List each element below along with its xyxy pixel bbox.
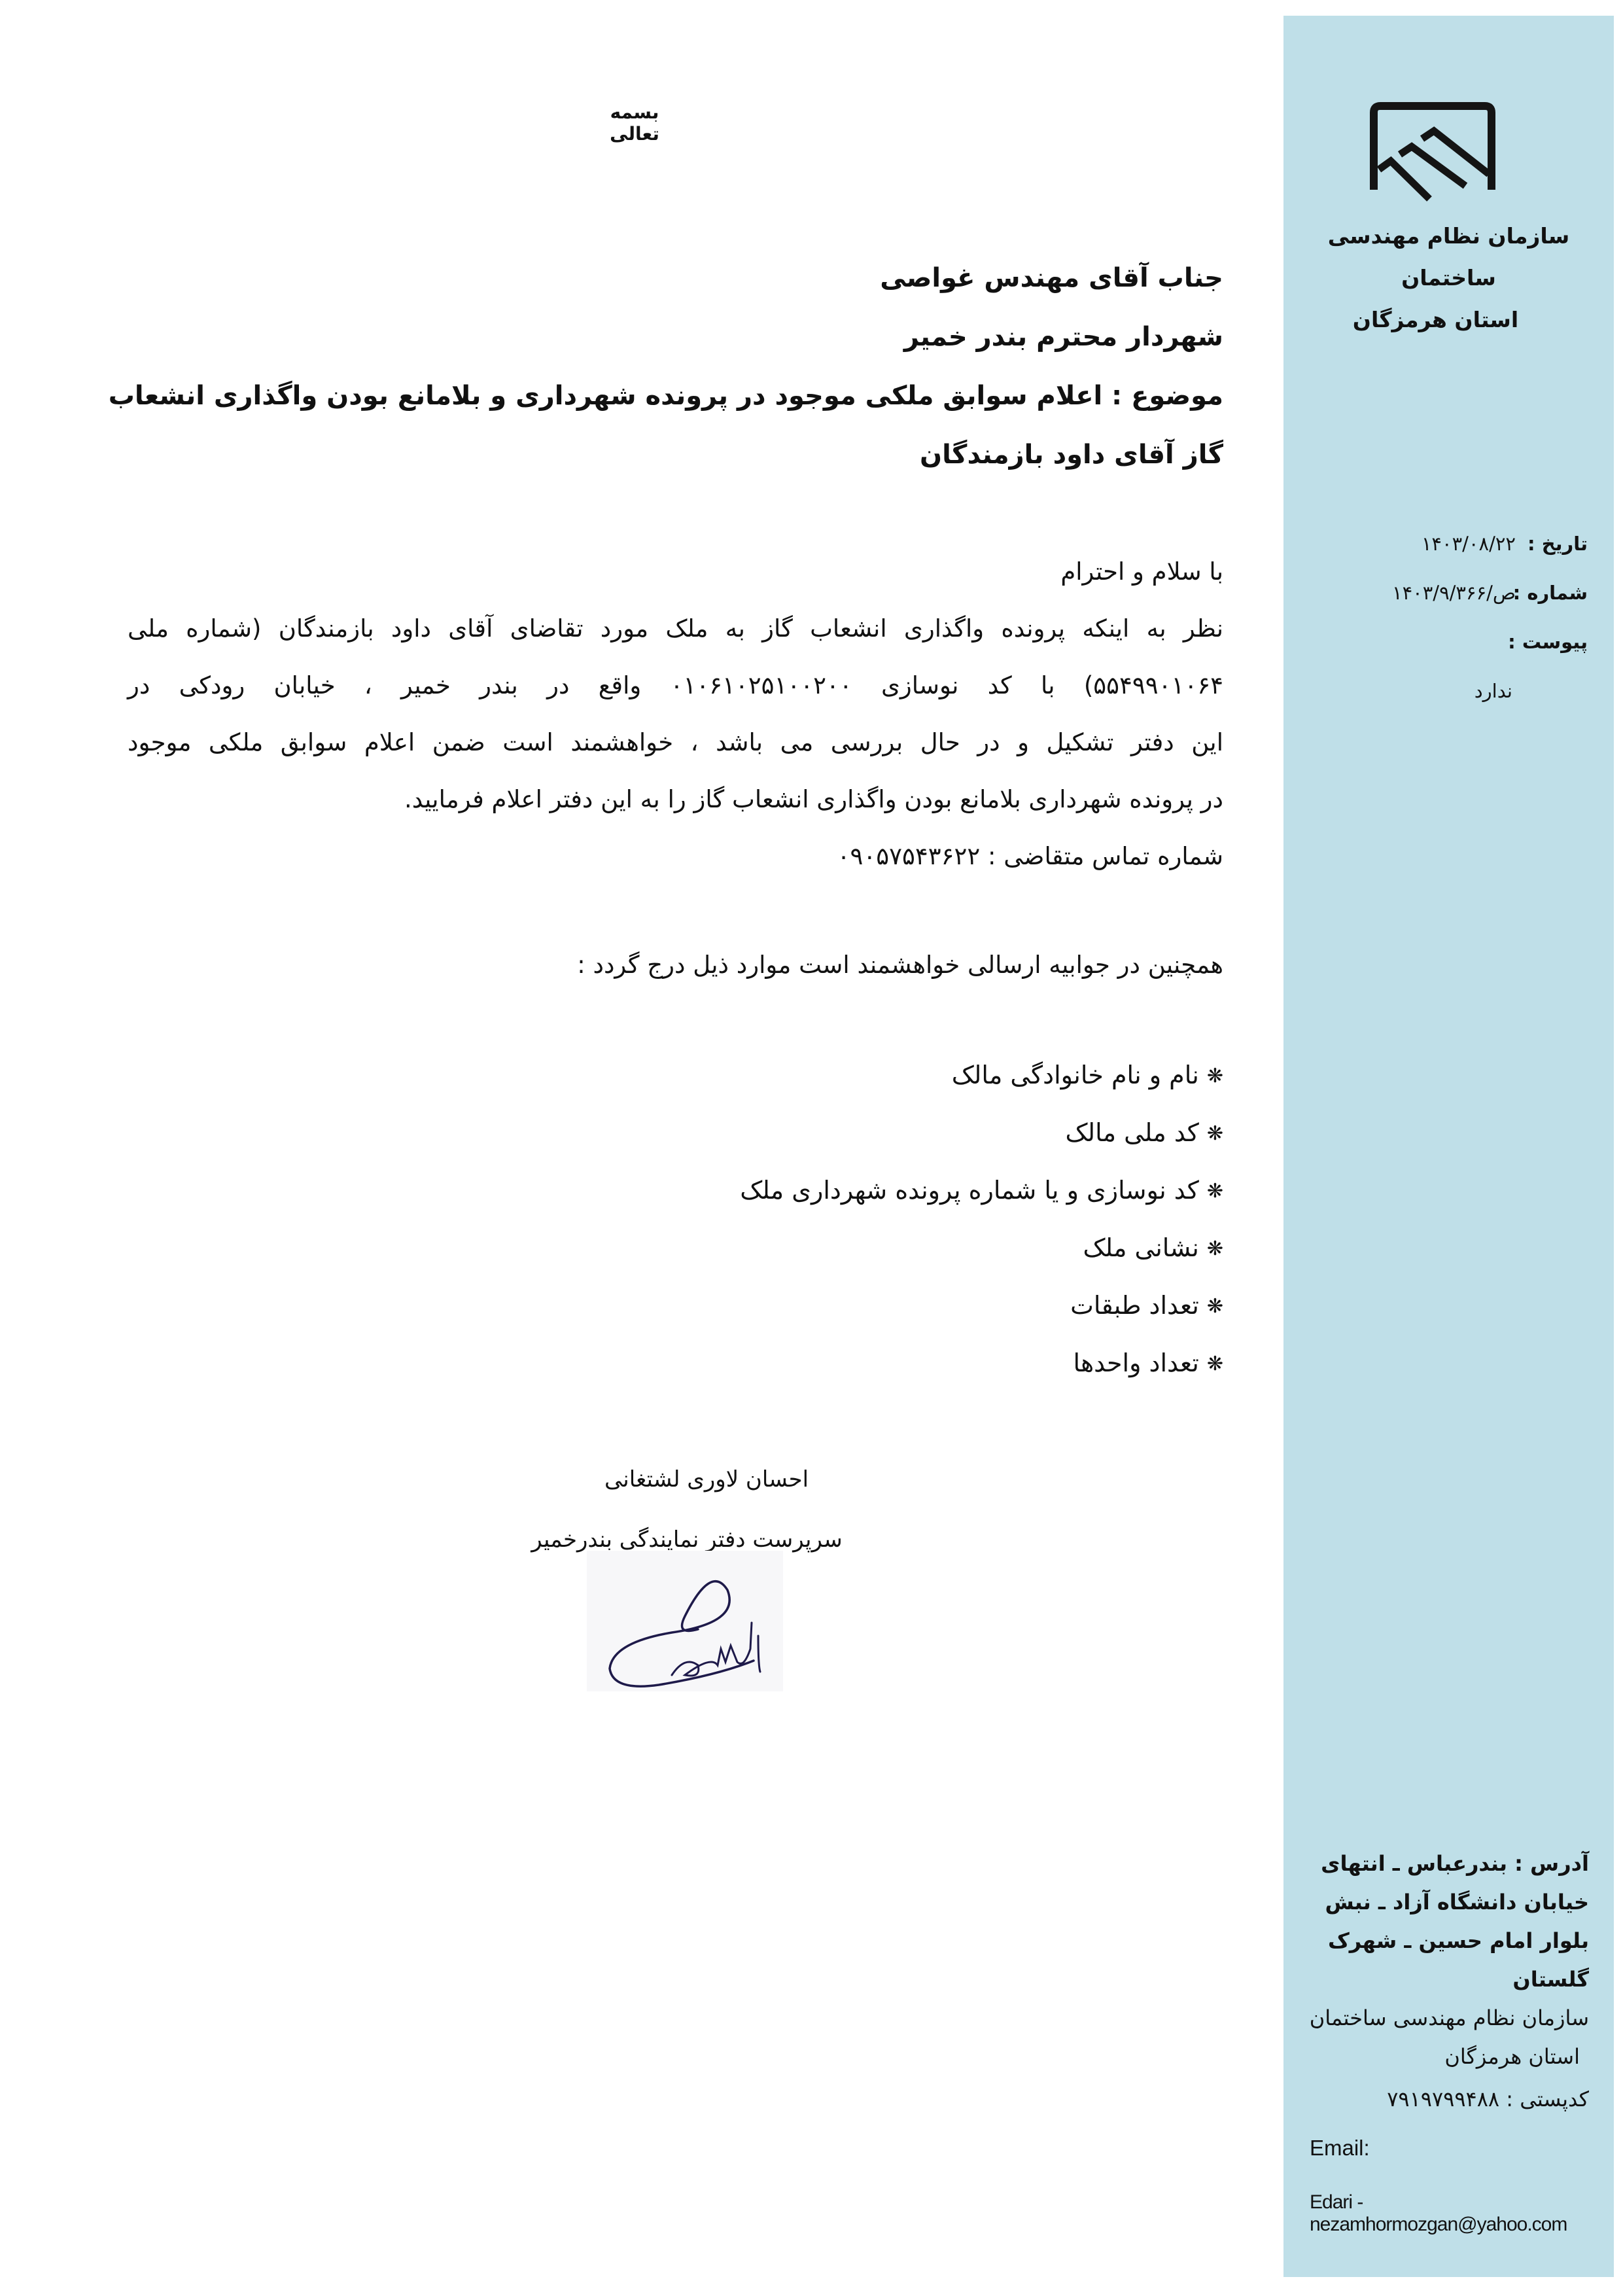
address-line2: خیابان دانشگاه آزاد ـ نبش (1301, 1883, 1589, 1922)
asterisk-bullet-icon: ❋ (1207, 1106, 1223, 1162)
list-item-text: کد ملی مالک (1066, 1118, 1199, 1147)
address-org-line2: استان هرمزگان (1301, 2038, 1589, 2076)
number-label: شماره : (1513, 582, 1588, 604)
address-line4: گلستان (1301, 1960, 1589, 1999)
required-items-list: ❋نام و نام خانوادگی مالک ❋کد ملی مالک ❋ک… (128, 1047, 1223, 1392)
date-label: تاریخ : (1527, 533, 1588, 555)
asterisk-bullet-icon: ❋ (1207, 1279, 1223, 1335)
list-item: ❋تعداد طبقات (128, 1277, 1223, 1335)
organization-logo-icon (1367, 101, 1498, 205)
body-line: این دفتر تشکیل و در حال بررسی می باشد ، … (128, 714, 1223, 771)
signer-name: احسان لاوری لشتغانی (458, 1449, 916, 1510)
letter-body: با سلام و احترام نظر به اینکه پرونده واگ… (128, 543, 1223, 885)
body-line: ۵۵۴۹۹۰۱۰۶۴) با کد نوسازی ۰۱۰۶۱۰۲۵۱۰۰۲۰۰ … (128, 657, 1223, 714)
organization-name-line2: استان هرمزگان (1283, 299, 1614, 341)
address-block: آدرس : بندرعباس ـ انتهای خیابان دانشگاه … (1301, 1845, 1589, 2119)
postal-code: کدپستی : ۷۹۱۹۷۹۹۴۸۸ (1301, 2080, 1589, 2119)
organization-name-line1: سازمان نظام مهندسی ساختمان (1328, 223, 1570, 291)
list-item-text: تعداد طبقات (1070, 1291, 1199, 1320)
body-line: در پرونده شهرداری بلامانع بودن واگذاری ا… (128, 771, 1223, 828)
list-item-text: نشانی ملک (1083, 1233, 1199, 1262)
list-item: ❋نشانی ملک (128, 1220, 1223, 1277)
asterisk-bullet-icon: ❋ (1207, 1163, 1223, 1220)
list-item-text: کد نوسازی و یا شماره پرونده شهرداری ملک (740, 1176, 1199, 1205)
greeting: با سلام و احترام (128, 543, 1223, 600)
list-item: ❋کد ملی مالک (128, 1104, 1223, 1162)
email-address[interactable]: Edari - nezamhormozgan@yahoo.com (1310, 2191, 1614, 2236)
number-value: ص/۱۴۰۳/۹/۳۶۶ (1392, 582, 1516, 604)
letterhead-sidebar: سازمان نظام مهندسی ساختمان استان هرمزگان… (1283, 16, 1614, 2277)
asterisk-bullet-icon: ❋ (1207, 1336, 1223, 1392)
attachment-label: پیوست : (1508, 631, 1588, 653)
bismillah-heading: بسمه تعالی (582, 101, 687, 145)
asterisk-bullet-icon: ❋ (1207, 1221, 1223, 1277)
list-item-text: نام و نام خانوادگی مالک (952, 1061, 1199, 1089)
email-label: Email: (1310, 2136, 1370, 2161)
list-item-text: تعداد واحدها (1073, 1349, 1198, 1377)
subject-line2: گاز آقای داود بازمندگان (128, 425, 1223, 484)
organization-name: سازمان نظام مهندسی ساختمان استان هرمزگان (1283, 215, 1614, 341)
signature-icon (587, 1551, 783, 1691)
recipient-line1: جناب آقای مهندس غواصی (128, 249, 1223, 308)
request-line: همچنین در جوابیه ارسالی خواهشمند است موا… (128, 936, 1223, 995)
contact-line: شماره تماس متقاضی : ۰۹۰۵۷۵۴۳۶۲۲ (128, 828, 1223, 885)
list-item: ❋کد نوسازی و یا شماره پرونده شهرداری ملک (128, 1162, 1223, 1220)
asterisk-bullet-icon: ❋ (1207, 1048, 1223, 1104)
address-line1: آدرس : بندرعباس ـ انتهای (1301, 1845, 1589, 1883)
date-value: ۱۴۰۳/۰۸/۲۲ (1422, 533, 1516, 555)
list-item: ❋نام و نام خانوادگی مالک (128, 1047, 1223, 1104)
letter-header: جناب آقای مهندس غواصی شهردار محترم بندر … (128, 249, 1223, 484)
recipient-line2: شهردار محترم بندر خمیر (128, 308, 1223, 366)
list-item: ❋تعداد واحدها (128, 1335, 1223, 1392)
attachment-value: ندارد (1475, 680, 1512, 702)
subject-line1: موضوع : اعلام سوابق ملکی موجود در پرونده… (128, 366, 1223, 425)
body-line: نظر به اینکه پرونده واگذاری انشعاب گاز ب… (128, 600, 1223, 657)
signer-title: سرپرست دفتر نمایندگی بندرخمیر (531, 1527, 842, 1553)
address-org-line1: سازمان نظام مهندسی ساختمان (1301, 1999, 1589, 2038)
address-line3: بلوار امام حسین ـ شهرک (1301, 1922, 1589, 1960)
